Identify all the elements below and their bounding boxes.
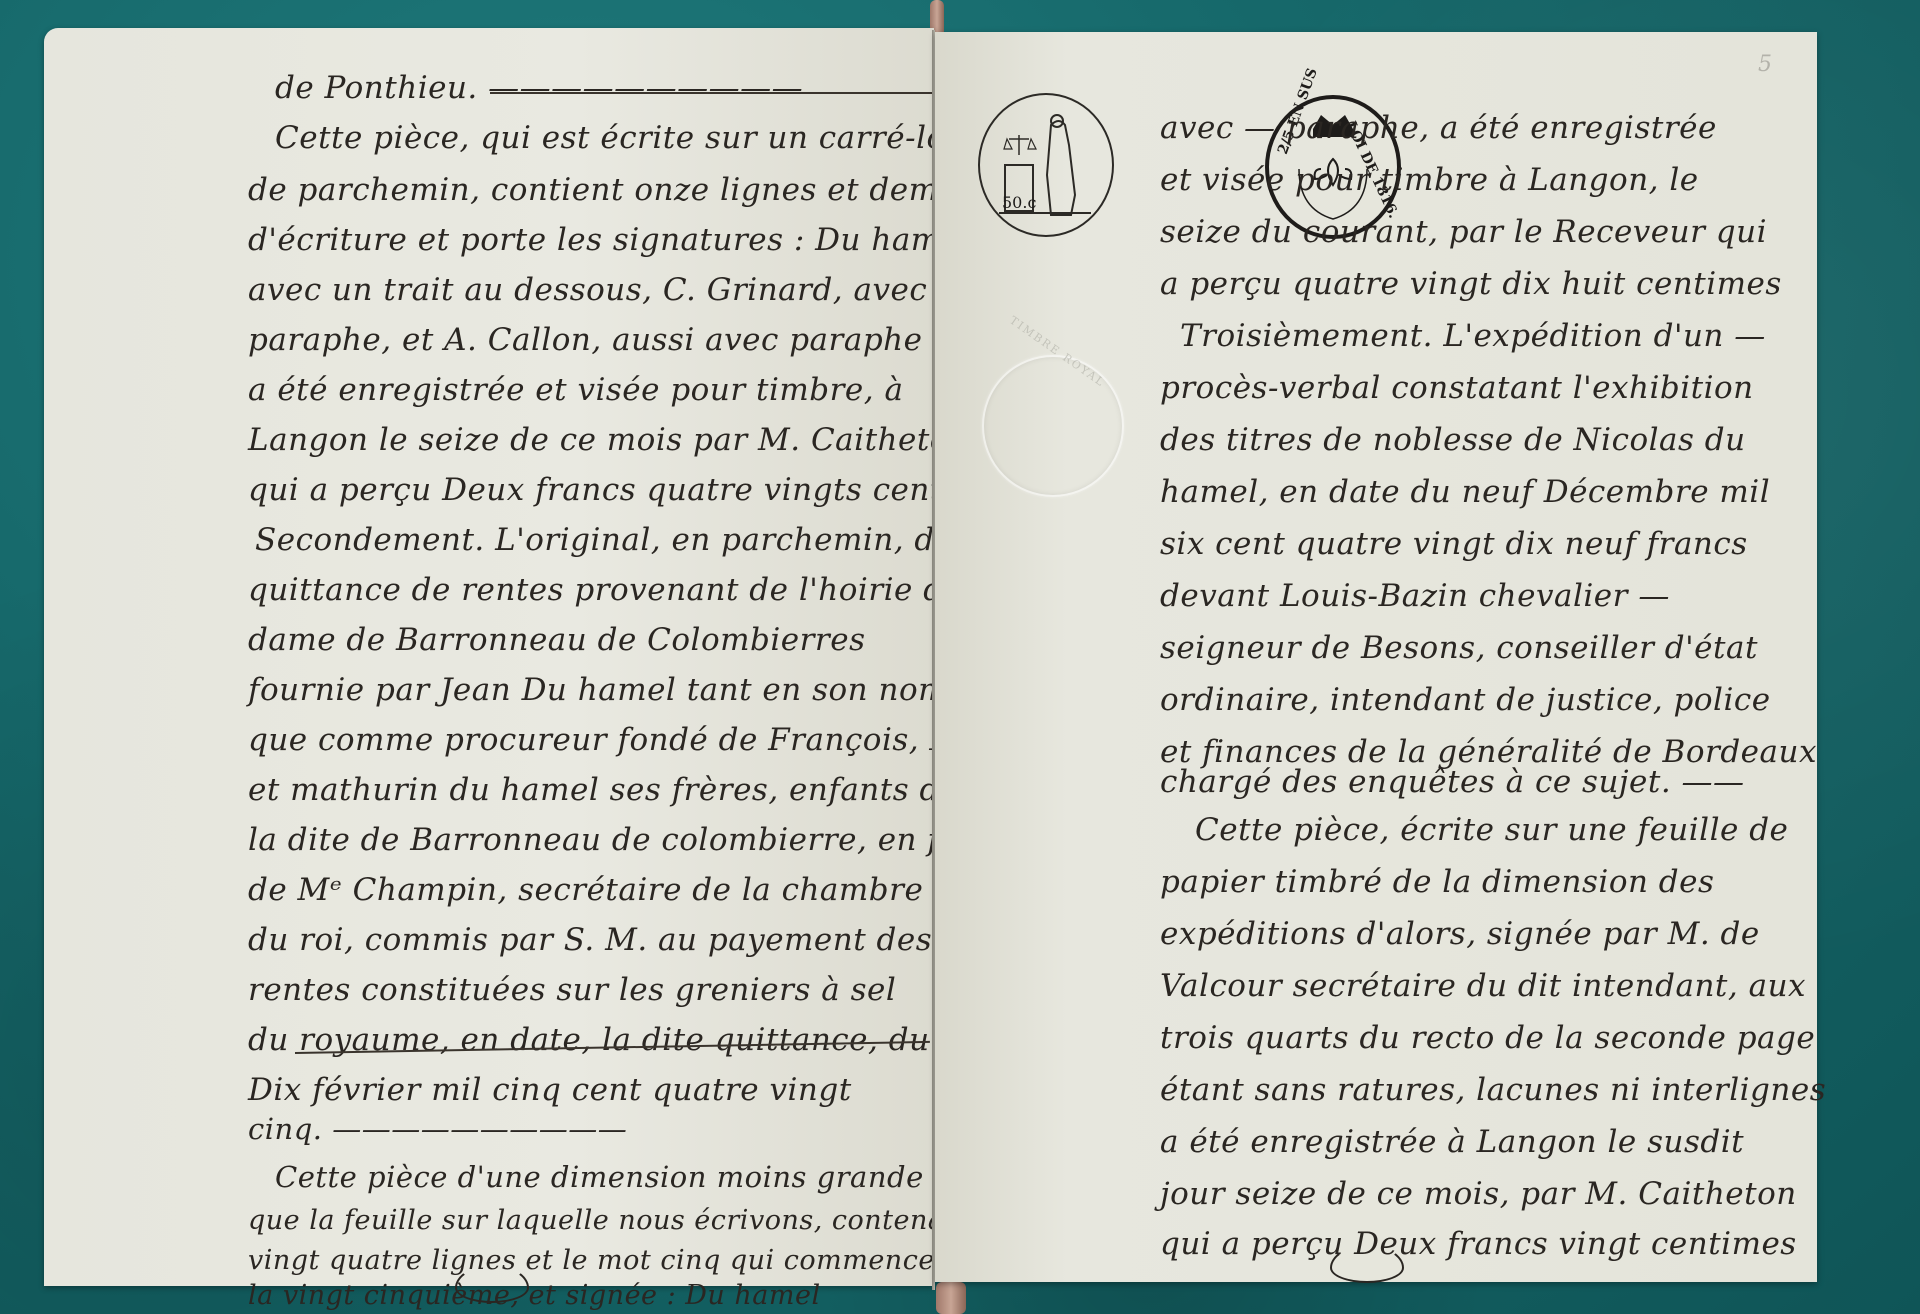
- left-rule-1: [490, 92, 935, 94]
- right-line-20: étant sans ratures, lacunes ni interlign…: [1160, 1072, 1826, 1108]
- left-line-11: quittance de rentes provenant de l'hoiri…: [248, 572, 962, 608]
- right-line-22: jour seize de ce mois, par M. Caitheton: [1160, 1176, 1797, 1212]
- right-line-23: qui a perçu Deux francs vingt centimes: [1160, 1226, 1797, 1262]
- right-line-5: Troisièmement. L'expédition d'un —: [1180, 318, 1766, 354]
- right-line-17: expéditions d'alors, signée par M. de: [1160, 916, 1760, 952]
- right-line-15: Cette pièce, écrite sur une feuille de: [1195, 812, 1788, 848]
- paraph-signature-right: [1330, 1245, 1404, 1283]
- left-line-1: de Ponthieu. ——————————: [275, 70, 803, 106]
- left-line-7: a été enregistrée et visée pour timbre, …: [248, 372, 903, 408]
- right-line-21: a été enregistrée à Langon le susdit: [1160, 1124, 1744, 1160]
- left-line-8: Langon le seize de ce mois par M. Caithe…: [248, 422, 969, 458]
- right-line-14: chargé des enquêtes à ce sujet. ——: [1160, 764, 1745, 800]
- left-line-18: du roi, commis par S. M. au payement des: [248, 922, 932, 958]
- right-line-8: hamel, en date du neuf Décembre mil: [1160, 474, 1770, 510]
- left-line-16: la dite de Barronneau de colombierre, en…: [248, 822, 1031, 858]
- left-line-15: et mathurin du hamel ses frères, enfants…: [248, 772, 959, 808]
- left-line-19: rentes constituées sur les greniers à se…: [248, 972, 896, 1008]
- embossed-royal-seal: TIMBRE ROYAL: [982, 355, 1124, 497]
- left-line-12: dame de Barronneau de Colombierres: [248, 622, 866, 658]
- left-line-4: d'écriture et porte les signatures : Du …: [248, 222, 970, 258]
- left-line-23: Cette pièce d'une dimension moins grande: [275, 1160, 924, 1194]
- right-line-9: six cent quatre vingt dix neuf francs: [1160, 526, 1748, 562]
- left-line-21: Dix février mil cinq cent quatre vingt: [248, 1072, 852, 1108]
- left-line-3: de parchemin, contient onze lignes et de…: [248, 172, 968, 208]
- right-line-12: ordinaire, intendant de justice, police: [1160, 682, 1771, 718]
- left-line-17: de Mᵉ Champin, secrétaire de la chambre: [248, 872, 923, 908]
- right-line-10: devant Louis-Bazin chevalier —: [1160, 578, 1670, 614]
- left-line-6: paraphe, et A. Callon, aussi avec paraph…: [248, 322, 922, 358]
- left-line-14: que comme procureur fondé de François, N…: [248, 722, 1050, 758]
- left-line-25: vingt quatre lignes et le mot cinq qui c…: [248, 1245, 935, 1276]
- stamp-value: 50.c: [1002, 193, 1036, 212]
- right-line-7: des titres de noblesse de Nicolas du: [1160, 422, 1746, 458]
- left-line-24: que la feuille sur laquelle nous écrivon…: [248, 1205, 974, 1236]
- right-line-3: seize du courant, par le Receveur qui: [1160, 214, 1767, 250]
- right-line-11: seigneur de Besons, conseiller d'état: [1160, 630, 1758, 666]
- left-line-13: fournie par Jean Du hamel tant en son no…: [248, 672, 948, 708]
- right-line-18: Valcour secrétaire du dit intendant, aux: [1160, 968, 1806, 1004]
- right-line-4: a perçu quatre vingt dix huit centimes: [1160, 266, 1782, 302]
- left-line-26: la vingt cinquième, et signée : Du hamel: [248, 1280, 821, 1311]
- paraph-signature-left: [455, 1265, 529, 1303]
- page-number-mark: 5: [1758, 52, 1772, 77]
- right-line-16: papier timbré de la dimension des: [1160, 864, 1714, 900]
- right-line-1: avec — paraphe, a été enregistrée: [1160, 110, 1717, 146]
- right-line-2: et visée pour timbre à Langon, le: [1160, 162, 1699, 198]
- left-line-2: Cette pièce, qui est écrite sur un carré…: [275, 120, 986, 156]
- binding-thread-bottom: [936, 1282, 966, 1314]
- left-line-5: avec un trait au dessous, C. Grinard, av…: [248, 272, 927, 308]
- right-line-6: procès-verbal constatant l'exhibition: [1160, 370, 1754, 406]
- right-line-19: trois quarts du recto de la seconde page: [1160, 1020, 1815, 1056]
- left-line-22: cinq. ——————————: [248, 1112, 627, 1146]
- left-line-10: Secondement. L'original, en parchemin, d…: [255, 522, 1004, 558]
- left-line-9: qui a perçu Deux francs quatre vingts ce…: [248, 472, 1029, 508]
- fiscal-stamp-justice: 50.c: [978, 93, 1114, 237]
